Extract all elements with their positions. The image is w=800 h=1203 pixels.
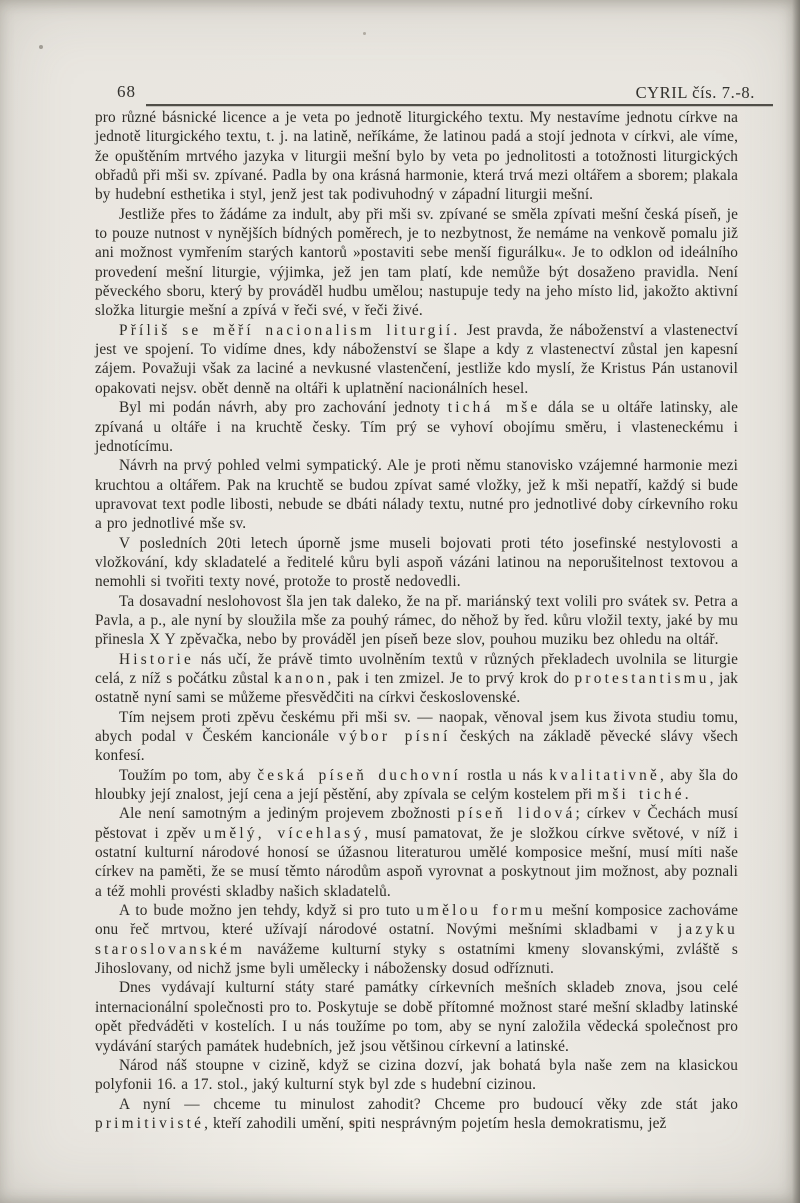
emphasized-text-run: píseň lidová [458, 805, 576, 822]
text-run: Toužím po tom, aby [119, 767, 257, 784]
paragraph: Historie nás učí, že právě timto uvolněn… [95, 650, 738, 708]
text-run: . [685, 786, 689, 803]
text-run: Dnes vydávají kulturní státy staré památ… [95, 979, 738, 1054]
paragraph: pro různé básnické licence a je veta po … [95, 108, 738, 205]
scan-speck [39, 45, 43, 49]
paragraph: Příliš se měří nacionalism liturgií. Jes… [95, 321, 738, 398]
paragraph: Návrh na prvý pohled velmi sympatický. A… [95, 456, 738, 533]
text-run: rostla u nás [461, 767, 549, 784]
emphasized-text-run: mši tiché [597, 786, 685, 803]
text-run: , kteří zahodili umění, spiti nesprávným… [204, 1115, 666, 1132]
text-run: , pak i ten zmizel. Je to prvý krok do [328, 670, 575, 687]
emphasized-text-run: primitivisté [95, 1115, 204, 1132]
paragraph: A nyní — chceme tu minulost zahodit? Chc… [95, 1095, 738, 1134]
page-header: 68 CYRIL čís. 7.-8. [0, 82, 800, 108]
emphasized-text-run: umělý, vícehlasý [203, 825, 364, 842]
paragraph: A to bude možno jen tehdy, když si pro t… [95, 901, 738, 978]
emphasized-text-run: česká píseň duchovní [257, 767, 461, 784]
scan-edge-shadow [792, 0, 800, 1203]
journal-title: CYRIL čís. 7.-8. [636, 83, 755, 103]
text-run: Národ náš stoupne v cizině, když se cizi… [95, 1057, 738, 1093]
text-run: Byl mi podán návrh, aby pro zachování je… [119, 399, 448, 416]
paragraph: Ale není samotným a jediným projevem zbo… [95, 804, 738, 901]
emphasized-text-run: umělou formu [416, 902, 546, 919]
text-run: Ale není samotným a jediným projevem zbo… [119, 805, 458, 822]
scanned-page: 68 CYRIL čís. 7.-8. pro různé básnické l… [0, 0, 800, 1203]
scan-speck [363, 32, 366, 35]
text-run: V posledních 20ti letech úporně jsme mus… [95, 535, 738, 591]
article-text: pro různé básnické licence a je veta po … [95, 108, 738, 1133]
paragraph: Byl mi podán návrh, aby pro zachování je… [95, 398, 738, 456]
text-run: pro různé básnické licence a je veta po … [95, 109, 738, 203]
text-run: Návrh na prvý pohled velmi sympatický. A… [95, 457, 738, 532]
page-number: 68 [117, 82, 136, 102]
paragraph: V posledních 20ti letech úporně jsme mus… [95, 534, 738, 592]
emphasized-text-run: kvalitativně [549, 767, 660, 784]
text-run: Ta dosavadní neslohovost šla jen tak dal… [95, 593, 738, 649]
text-run: A to bude možno jen tehdy, když si pro t… [119, 902, 416, 919]
paragraph: Toužím po tom, aby česká píseň duchovní … [95, 766, 738, 805]
text-run: A nyní — chceme tu minulost zahodit? Chc… [119, 1096, 738, 1113]
emphasized-text-run: protestantismu [575, 670, 710, 687]
header-rule [146, 104, 773, 106]
paragraph: Ta dosavadní neslohovost šla jen tak dal… [95, 592, 738, 650]
paragraph: Jestliže přes to žádáme za indult, aby p… [95, 205, 738, 321]
emphasized-text-run: Příliš se měří nacionalism liturgií. [119, 322, 460, 339]
paragraph: Tím nejsem proti zpěvu českému při mši s… [95, 708, 738, 766]
emphasized-text-run: Historie [119, 651, 194, 668]
paragraph: Národ náš stoupne v cizině, když se cizi… [95, 1056, 738, 1095]
paragraph: Dnes vydávají kulturní státy staré památ… [95, 978, 738, 1055]
emphasized-text-run: kanon [274, 670, 327, 687]
text-run: Jestliže přes to žádáme za indult, aby p… [95, 206, 738, 320]
emphasized-text-run: tichá mše [448, 399, 541, 416]
emphasized-text-run: výbor písní [338, 728, 450, 745]
